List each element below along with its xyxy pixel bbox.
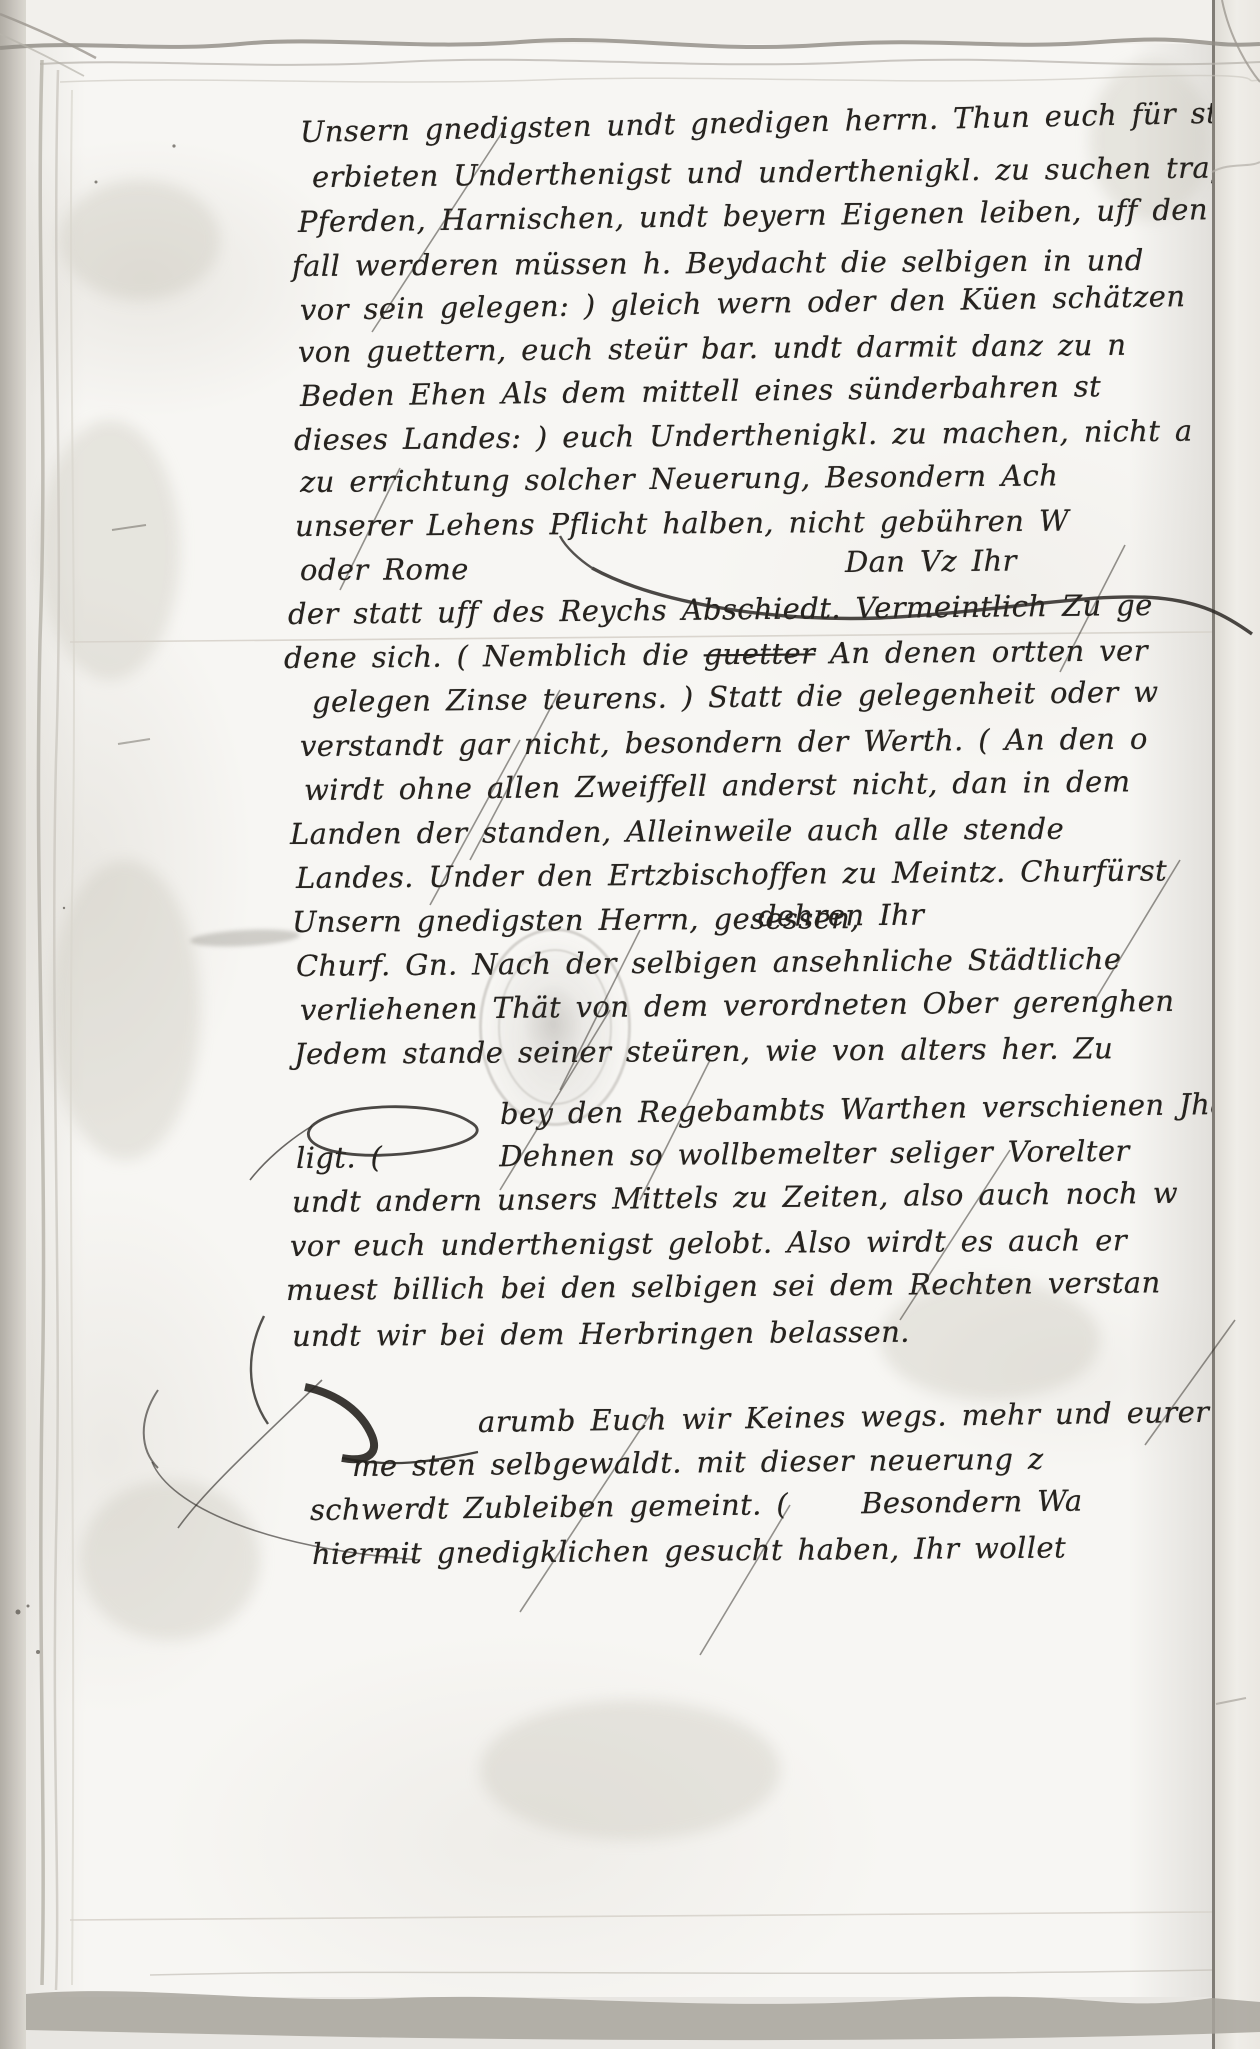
manuscript-line: Unsern gnedigsten undt gnedigen herrn. T… bbox=[300, 97, 1212, 147]
manuscript-line: zu errichtung solcher Neuerung, Besonder… bbox=[300, 461, 1058, 497]
manuscript-line: dehren Ihr bbox=[758, 901, 925, 931]
manuscript-line: Jedem stande seiner steüren, wie von alt… bbox=[294, 1034, 1113, 1069]
manuscript-line: unserer Lehens Pflicht halben, nicht geb… bbox=[295, 507, 1069, 541]
manuscript-line: ligt. ( Dehnen so wollbemelter seliger V… bbox=[296, 1137, 1130, 1173]
manuscript-line: erbieten Underthenigst und underthenigkl… bbox=[312, 152, 1212, 192]
archival-scan-page: Unsern gnedigsten undt gnedigen herrn. T… bbox=[0, 0, 1260, 2049]
manuscript-line: Landes. Under den Ertzbischoffen zu Mein… bbox=[296, 856, 1167, 893]
manuscript-line: vor euch underthenigst gelobt. Also wird… bbox=[290, 1226, 1127, 1261]
struck-word: guetter bbox=[704, 636, 816, 671]
manuscript-line: Dan Vz Ihr bbox=[845, 547, 1017, 577]
manuscript-line: wirdt ohne allen Zweiffell anderst nicht… bbox=[304, 767, 1131, 805]
manuscript-line: fall werderen müssen h. Beydacht die sel… bbox=[292, 246, 1144, 281]
manuscript-line: verstandt gar nicht, besondern der Werth… bbox=[300, 725, 1148, 761]
manuscript-line: me sten selbgewaldt. mit dieser neuerung… bbox=[352, 1445, 1044, 1481]
manuscript-line: der statt uff des Reychs Abschiedt. Verm… bbox=[288, 591, 1153, 629]
manuscript-line: undt wir bei dem Herbringen belassen. bbox=[292, 1318, 910, 1351]
manuscript-line: von guettern, euch steür bar. undt darmi… bbox=[298, 331, 1127, 367]
manuscript-line: bey den Regebambts Warthen verschienen J… bbox=[500, 1089, 1212, 1129]
manuscript-line: dieses Landes: ) euch Underthenigkl. zu … bbox=[294, 417, 1193, 455]
manuscript-line: dene sich. ( Nemblich die guetter An den… bbox=[284, 636, 1148, 673]
manuscript-line: Pferden, Harnischen, undt beyern Eigenen… bbox=[298, 194, 1212, 237]
manuscript-line: oder Rome bbox=[300, 555, 469, 585]
manuscript-line: vor sein gelegen: ) gleich wern oder den… bbox=[300, 282, 1186, 325]
manuscript-line: muest billich bei den selbigen sei dem R… bbox=[286, 1268, 1161, 1305]
manuscript-line: Churf. Gn. Nach der selbigen ansehnliche… bbox=[296, 945, 1122, 981]
manuscript-line: verliehenen Thät von dem verordneten Obe… bbox=[300, 987, 1175, 1025]
manuscript-text-block: Unsern gnedigsten undt gnedigen herrn. T… bbox=[0, 0, 1212, 2049]
manuscript-line: gelegen Zinse teurens. ) Statt die geleg… bbox=[312, 678, 1159, 717]
manuscript-line: undt andern unsers Mittels zu Zeiten, al… bbox=[292, 1179, 1178, 1217]
right-next-leaf-edge bbox=[1212, 0, 1260, 2049]
manuscript-line: Beden Ehen Als dem mittell eines sünderb… bbox=[300, 372, 1101, 411]
manuscript-line: Landen der standen, Alleinweile auch all… bbox=[290, 815, 1064, 849]
manuscript-line: hiermit gnedigklichen gesucht haben, Ihr… bbox=[312, 1533, 1066, 1569]
manuscript-line: schwerdt Zubleiben gemeint. ( Besondern … bbox=[310, 1487, 1083, 1525]
manuscript-line: arumb Euch wir Keines wegs. mehr und eur… bbox=[478, 1397, 1212, 1437]
